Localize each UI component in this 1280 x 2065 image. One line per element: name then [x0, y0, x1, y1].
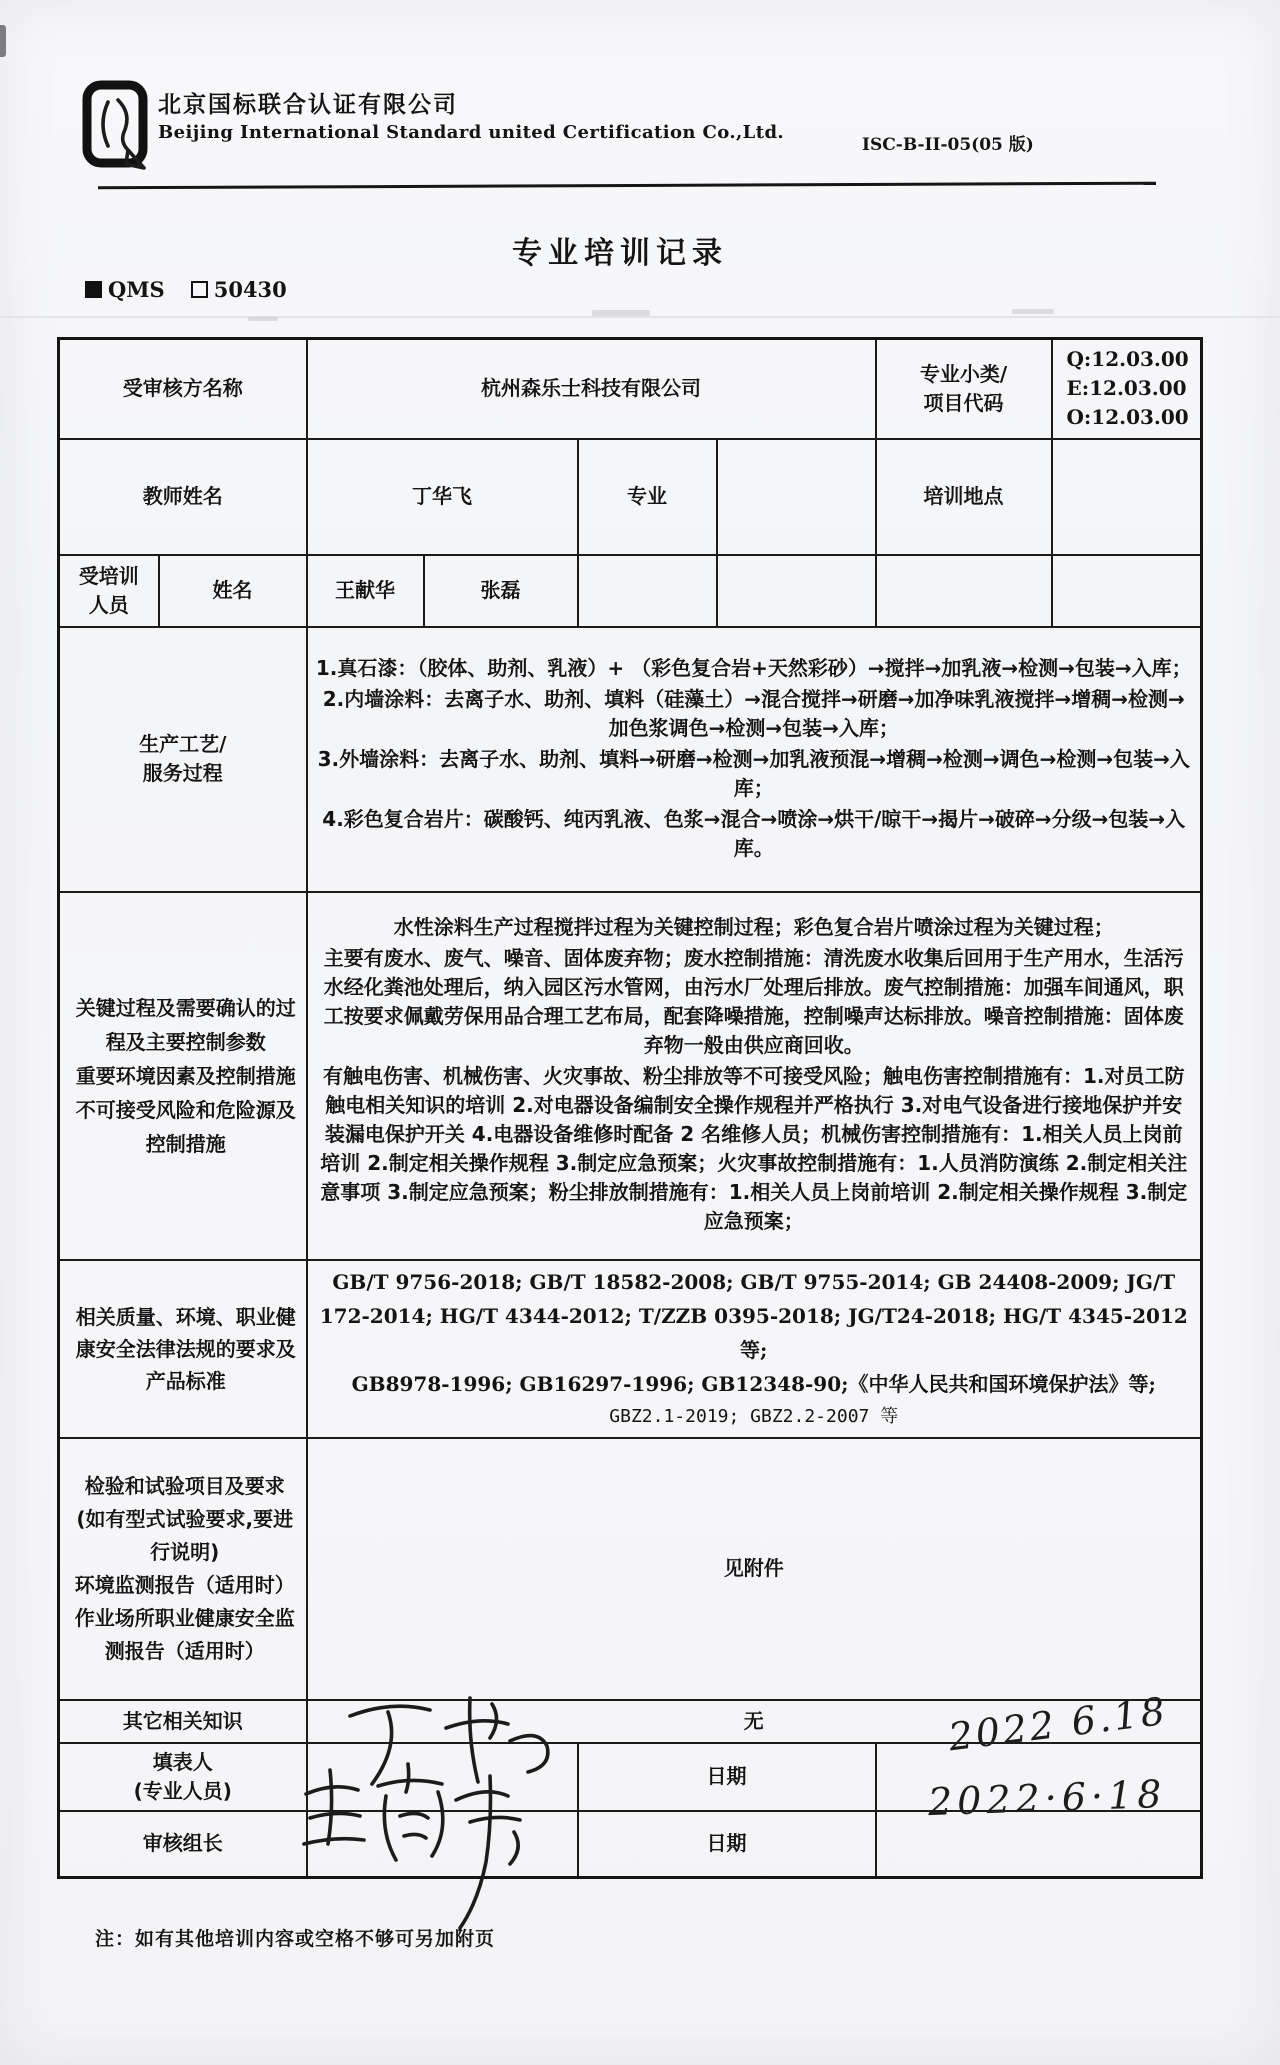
scan-smudge-artifact	[592, 310, 650, 316]
table-row: 检验和试验项目及要求(如有型式试验要求,要进行说明) 环境监测报告（适用时） 作…	[59, 1438, 1202, 1700]
qms-label: QMS	[108, 277, 165, 302]
scan-smudge-artifact	[248, 317, 278, 321]
trainee-1-cell: 王献华	[307, 555, 424, 627]
major-value-cell	[717, 439, 876, 555]
standards-line: GB/T 9756-2018; GB/T 18582-2008; GB/T 97…	[316, 1265, 1193, 1367]
50430-label: 50430	[214, 277, 287, 302]
empty-cell	[578, 555, 717, 627]
trainees-label-cell: 受培训 人员	[59, 555, 159, 627]
50430-unchecked-checkbox-icon	[191, 281, 208, 298]
auditor-date-handwritten: 2022·6·18	[927, 1772, 1167, 1824]
company-name-en: Beijing International Standard united Ce…	[158, 122, 784, 143]
process-item: 2.内墙涂料：去离子水、助剂、填料（硅藻土）→混合搅拌→研磨→加净味乳液搅拌→增…	[316, 685, 1193, 743]
auditor-signature-ink	[300, 1752, 540, 1932]
process-content-cell: 1.真石漆：（胶体、助剂、乳液）+ （彩色复合岩+天然彩砂）→搅拌→加乳液→检测…	[307, 627, 1202, 892]
teacher-label-cell: 教师姓名	[59, 439, 307, 555]
key-process-label-cell: 关键过程及需要确认的过程及主要控制参数 重要环境因素及控制措施 不可接受风险和危…	[59, 892, 307, 1260]
auditor-date-value-cell	[876, 1811, 1202, 1878]
location-value-cell	[1052, 439, 1202, 555]
other-knowledge-label-cell: 其它相关知识	[59, 1700, 307, 1743]
process-label-cell: 生产工艺/ 服务过程	[59, 627, 307, 892]
empty-cell	[717, 555, 876, 627]
key-process-paragraph: 水性涂料生产过程搅拌过程为关键控制过程；彩色复合岩片喷涂过程为关键过程；	[316, 913, 1193, 942]
key-process-paragraph: 有触电伤害、机械伤害、火灾事故、粉尘排放等不可接受风险；触电伤害控制措施有：1.…	[316, 1062, 1193, 1236]
process-item: 3.外墙涂料：去离子水、助剂、填料→研磨→检测→加乳液预混→增稠→检测→调色→检…	[316, 745, 1193, 803]
table-row: 相关质量、环境、职业健康安全法律法规的要求及产品标准 GB/T 9756-201…	[59, 1260, 1202, 1438]
table-row: 受培训 人员 姓名 王献华 张磊	[59, 555, 1202, 627]
table-row: 关键过程及需要确认的过程及主要控制参数 重要环境因素及控制措施 不可接受风险和危…	[59, 892, 1202, 1260]
location-label-cell: 培训地点	[876, 439, 1052, 555]
process-item: 4.彩色复合岩片：碳酸钙、纯丙乳液、色浆→混合→喷涂→烘干/晾干→揭片→破碎→分…	[316, 805, 1193, 863]
filler-label-cell: 填表人 (专业人员)	[59, 1743, 307, 1811]
auditor-date-label-cell: 日期	[578, 1811, 876, 1878]
table-row: 教师姓名 丁华飞 专业 培训地点	[59, 439, 1202, 555]
inspection-label-cell: 检验和试验项目及要求(如有型式试验要求,要进行说明) 环境监测报告（适用时） 作…	[59, 1438, 307, 1700]
teacher-value-cell: 丁华飞	[307, 439, 578, 555]
scanned-training-record-page: 北京国标联合认证有限公司 Beijing International Stand…	[0, 0, 1280, 2065]
standards-content-cell: GB/T 9756-2018; GB/T 18582-2008; GB/T 97…	[307, 1260, 1202, 1438]
code-q: Q:12.03.00	[1061, 345, 1193, 374]
key-process-content-cell: 水性涂料生产过程搅拌过程为关键控制过程；彩色复合岩片喷涂过程为关键过程； 主要有…	[307, 892, 1202, 1260]
standards-line: GB8978-1996; GB16297-1996; GB12348-90;《中…	[316, 1367, 1193, 1401]
footer-note: 注：如有其他培训内容或空格不够可另加附页	[95, 1924, 495, 1951]
code-e: E:12.03.00	[1061, 374, 1193, 403]
subcategory-codes-cell: Q:12.03.00 E:12.03.00 O:12.03.00	[1052, 339, 1202, 439]
subcategory-label-cell: 专业小类/ 项目代码	[876, 339, 1052, 439]
auditee-value-cell: 杭州森乐士科技有限公司	[307, 339, 876, 439]
key-process-paragraph: 主要有废水、废气、噪音、固体废弃物；废水控制措施：清洗废水收集后回用于生产用水，…	[316, 944, 1193, 1060]
header-divider	[98, 182, 1156, 190]
empty-cell	[1052, 555, 1202, 627]
trainee-2-cell: 张磊	[424, 555, 578, 627]
scan-smudge-artifact	[1012, 309, 1054, 314]
major-label-cell: 专业	[578, 439, 717, 555]
document-code: ISC-B-II-05(05 版)	[862, 130, 1034, 155]
auditee-label-cell: 受审核方名称	[59, 339, 307, 439]
trainee-name-label-cell: 姓名	[159, 555, 307, 627]
scan-edge-artifact	[0, 25, 6, 57]
qms-checked-checkbox-icon	[85, 281, 102, 298]
empty-cell	[876, 555, 1052, 627]
table-row: 生产工艺/ 服务过程 1.真石漆：（胶体、助剂、乳液）+ （彩色复合岩+天然彩砂…	[59, 627, 1202, 892]
standards-label-cell: 相关质量、环境、职业健康安全法律法规的要求及产品标准	[59, 1260, 307, 1438]
training-record-table: 受审核方名称 杭州森乐士科技有限公司 专业小类/ 项目代码 Q:12.03.00…	[57, 337, 1203, 1879]
scan-seam-artifact	[0, 316, 1280, 318]
table-row: 受审核方名称 杭州森乐士科技有限公司 专业小类/ 项目代码 Q:12.03.00…	[59, 339, 1202, 439]
system-type-checkline: QMS 50430	[85, 277, 287, 302]
company-name-cn: 北京国标联合认证有限公司	[158, 86, 458, 119]
standards-line: GBZ2.1-2019; GBZ2.2-2007 等	[316, 1401, 1193, 1433]
code-o: O:12.03.00	[1061, 403, 1193, 432]
inspection-value-cell: 见附件	[307, 1438, 1202, 1700]
page-title: 专业培训记录	[0, 228, 1240, 272]
certification-logo-icon	[82, 80, 148, 172]
process-item: 1.真石漆：（胶体、助剂、乳液）+ （彩色复合岩+天然彩砂）→搅拌→加乳液→检测…	[316, 654, 1193, 683]
auditor-label-cell: 审核组长	[59, 1811, 307, 1878]
filler-date-label-cell: 日期	[578, 1743, 876, 1811]
